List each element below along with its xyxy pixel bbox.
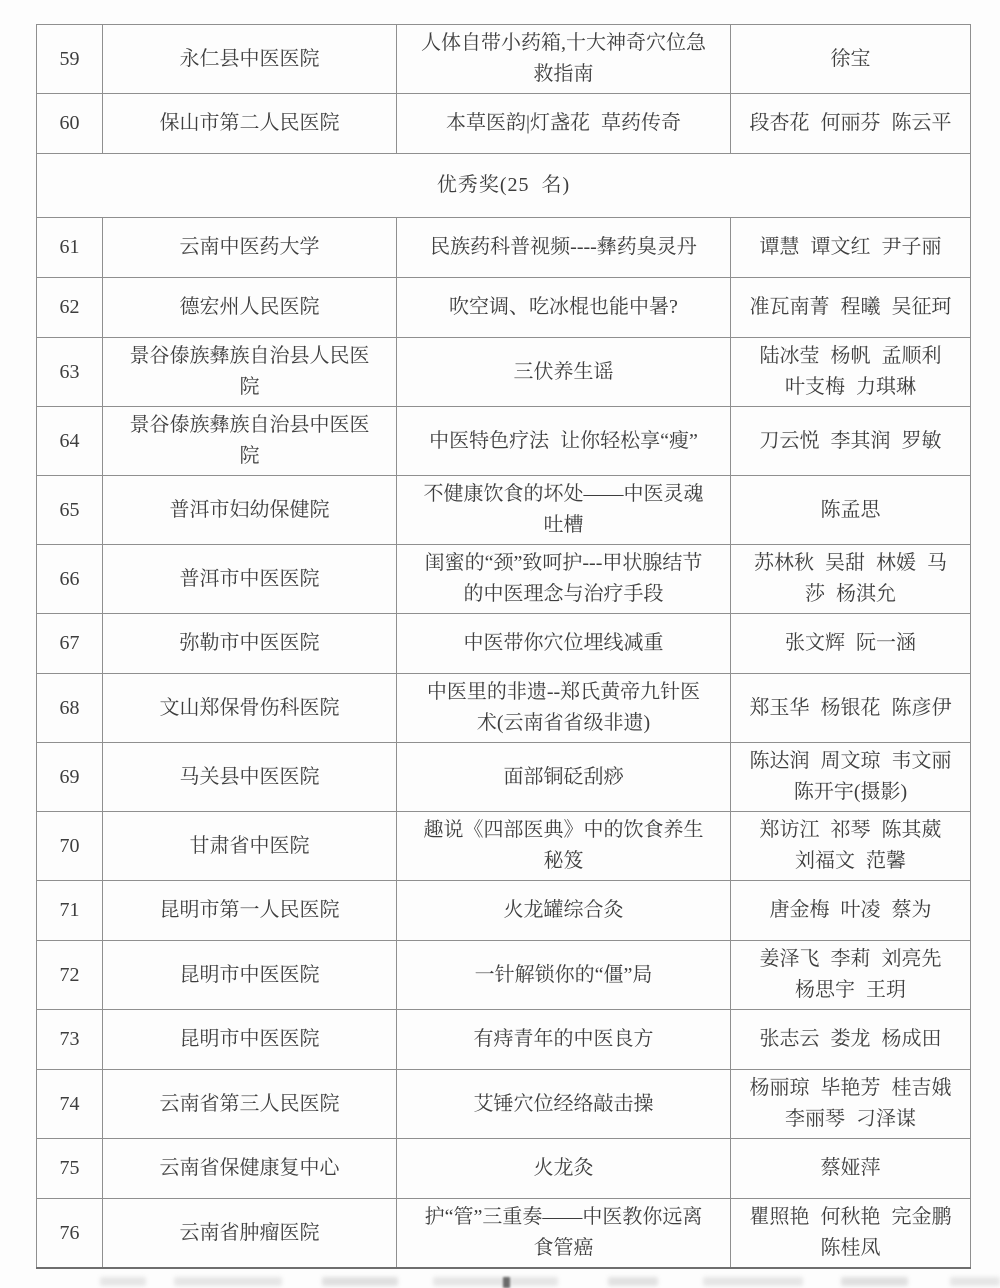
cell-organization: 保山市第二人民医院 (103, 94, 397, 154)
table-row: 70 甘肃省中医院 趣说《四部医典》中的饮食养生秘笈 郑访江 祁琴 陈其葳 刘福… (37, 812, 971, 881)
cell-organization: 云南省保健康复中心 (103, 1139, 397, 1199)
award-list-page: 59 永仁县中医医院 人体自带小药箱,十大神奇穴位急救指南 徐宝 60 保山市第… (0, 0, 1000, 1288)
cell-work-title: 吹空调、吃冰棍也能中暑? (397, 278, 731, 338)
cell-organization: 云南省肿瘤医院 (103, 1199, 397, 1269)
table-row: 63 景谷傣族彝族自治县人民医院 三伏养生谣 陆冰莹 杨帆 孟顺利 叶支梅 力琪… (37, 338, 971, 407)
table-row: 60 保山市第二人民医院 本草医韵|灯盏花 草药传奇 段杏花 何丽芬 陈云平 (37, 94, 971, 154)
cell-work-title: 民族药科普视频----彝药臭灵丹 (397, 218, 731, 278)
cell-serial-number: 72 (37, 941, 103, 1010)
cell-organization: 景谷傣族彝族自治县人民医院 (103, 338, 397, 407)
cell-authors: 谭慧 谭文红 尹子丽 (731, 218, 971, 278)
cell-serial-number: 69 (37, 743, 103, 812)
cell-serial-number: 59 (37, 25, 103, 94)
cell-serial-number: 62 (37, 278, 103, 338)
ghost-text-artifact (0, 1274, 1000, 1288)
cell-work-title: 本草医韵|灯盏花 草药传奇 (397, 94, 731, 154)
cell-authors: 陈达润 周文琼 韦文丽 陈开宇(摄影) (731, 743, 971, 812)
cell-organization: 昆明市中医医院 (103, 941, 397, 1010)
cell-work-title: 趣说《四部医典》中的饮食养生秘笈 (397, 812, 731, 881)
cell-work-title: 中医带你穴位埋线减重 (397, 614, 731, 674)
cell-work-title: 闺蜜的“颈”致呵护---甲状腺结节的中医理念与治疗手段 (397, 545, 731, 614)
cell-organization: 文山郑保骨伤科医院 (103, 674, 397, 743)
cell-work-title: 中医特色疗法 让你轻松享“瘦” (397, 407, 731, 476)
cell-serial-number: 71 (37, 881, 103, 941)
cell-authors: 唐金梅 叶凌 蔡为 (731, 881, 971, 941)
section-header-row: 优秀奖(25 名) (37, 154, 971, 218)
cell-serial-number: 74 (37, 1070, 103, 1139)
section-title: 优秀奖(25 名) (37, 154, 971, 218)
table-row: 67 弥勒市中医医院 中医带你穴位埋线减重 张文辉 阮一涵 (37, 614, 971, 674)
table-row: 66 普洱市中医医院 闺蜜的“颈”致呵护---甲状腺结节的中医理念与治疗手段 苏… (37, 545, 971, 614)
cell-work-title: 火龙灸 (397, 1139, 731, 1199)
cell-authors: 段杏花 何丽芬 陈云平 (731, 94, 971, 154)
cell-authors: 准瓦南菁 程曦 吴征珂 (731, 278, 971, 338)
cell-organization: 普洱市中医医院 (103, 545, 397, 614)
cell-authors: 陆冰莹 杨帆 孟顺利 叶支梅 力琪琳 (731, 338, 971, 407)
table-row: 64 景谷傣族彝族自治县中医医院 中医特色疗法 让你轻松享“瘦” 刀云悦 李其润… (37, 407, 971, 476)
cell-work-title: 艾锤穴位经络敲击操 (397, 1070, 731, 1139)
awards-table: 59 永仁县中医医院 人体自带小药箱,十大神奇穴位急救指南 徐宝 60 保山市第… (36, 24, 971, 1269)
cell-work-title: 三伏养生谣 (397, 338, 731, 407)
cell-organization: 德宏州人民医院 (103, 278, 397, 338)
cell-serial-number: 68 (37, 674, 103, 743)
cell-organization: 昆明市第一人民医院 (103, 881, 397, 941)
cell-work-title: 护“管”三重奏——中医教你远离食管癌 (397, 1199, 731, 1269)
table-row: 68 文山郑保骨伤科医院 中医里的非遗--郑氏黄帝九针医术(云南省省级非遗) 郑… (37, 674, 971, 743)
table-row: 65 普洱市妇幼保健院 不健康饮食的坏处——中医灵魂吐槽 陈孟思 (37, 476, 971, 545)
cell-work-title: 有痔青年的中医良方 (397, 1010, 731, 1070)
cell-organization: 昆明市中医医院 (103, 1010, 397, 1070)
cell-serial-number: 76 (37, 1199, 103, 1269)
cell-work-title: 人体自带小药箱,十大神奇穴位急救指南 (397, 25, 731, 94)
cell-authors: 郑玉华 杨银花 陈彦伊 (731, 674, 971, 743)
cell-serial-number: 75 (37, 1139, 103, 1199)
cell-organization: 永仁县中医医院 (103, 25, 397, 94)
cell-serial-number: 65 (37, 476, 103, 545)
cell-authors: 陈孟思 (731, 476, 971, 545)
table-row: 59 永仁县中医医院 人体自带小药箱,十大神奇穴位急救指南 徐宝 (37, 25, 971, 94)
cell-serial-number: 73 (37, 1010, 103, 1070)
cell-serial-number: 60 (37, 94, 103, 154)
table-row: 72 昆明市中医医院 一针解锁你的“僵”局 姜泽飞 李莉 刘亮先 杨思宇 王玥 (37, 941, 971, 1010)
cell-serial-number: 67 (37, 614, 103, 674)
table-row: 75 云南省保健康复中心 火龙灸 蔡娅萍 (37, 1139, 971, 1199)
cell-work-title: 面部铜砭刮痧 (397, 743, 731, 812)
cell-work-title: 火龙罐综合灸 (397, 881, 731, 941)
cell-work-title: 一针解锁你的“僵”局 (397, 941, 731, 1010)
cell-authors: 张志云 娄龙 杨成田 (731, 1010, 971, 1070)
cell-authors: 张文辉 阮一涵 (731, 614, 971, 674)
table-row: 74 云南省第三人民医院 艾锤穴位经络敲击操 杨丽琼 毕艳芳 桂吉娥 李丽琴 刁… (37, 1070, 971, 1139)
table-row: 76 云南省肿瘤医院 护“管”三重奏——中医教你远离食管癌 瞿照艳 何秋艳 完金… (37, 1199, 971, 1269)
table-row: 71 昆明市第一人民医院 火龙罐综合灸 唐金梅 叶凌 蔡为 (37, 881, 971, 941)
cell-authors: 蔡娅萍 (731, 1139, 971, 1199)
cell-authors: 苏林秋 吴甜 林媛 马莎 杨淇允 (731, 545, 971, 614)
cell-serial-number: 70 (37, 812, 103, 881)
cell-authors: 徐宝 (731, 25, 971, 94)
cell-organization: 甘肃省中医院 (103, 812, 397, 881)
table-row: 61 云南中医药大学 民族药科普视频----彝药臭灵丹 谭慧 谭文红 尹子丽 (37, 218, 971, 278)
cell-authors: 刀云悦 李其润 罗敏 (731, 407, 971, 476)
cell-organization: 景谷傣族彝族自治县中医医院 (103, 407, 397, 476)
cell-organization: 普洱市妇幼保健院 (103, 476, 397, 545)
table-row: 73 昆明市中医医院 有痔青年的中医良方 张志云 娄龙 杨成田 (37, 1010, 971, 1070)
cell-work-title: 不健康饮食的坏处——中医灵魂吐槽 (397, 476, 731, 545)
cell-organization: 云南省第三人民医院 (103, 1070, 397, 1139)
cell-serial-number: 61 (37, 218, 103, 278)
cell-serial-number: 63 (37, 338, 103, 407)
cell-work-title: 中医里的非遗--郑氏黄帝九针医术(云南省省级非遗) (397, 674, 731, 743)
cell-serial-number: 64 (37, 407, 103, 476)
cell-organization: 马关县中医医院 (103, 743, 397, 812)
cell-authors: 瞿照艳 何秋艳 完金鹏 陈桂凤 (731, 1199, 971, 1269)
cell-authors: 郑访江 祁琴 陈其葳 刘福文 范馨 (731, 812, 971, 881)
cell-authors: 杨丽琼 毕艳芳 桂吉娥 李丽琴 刁泽谋 (731, 1070, 971, 1139)
cell-organization: 弥勒市中医医院 (103, 614, 397, 674)
cell-authors: 姜泽飞 李莉 刘亮先 杨思宇 王玥 (731, 941, 971, 1010)
table-row: 62 德宏州人民医院 吹空调、吃冰棍也能中暑? 准瓦南菁 程曦 吴征珂 (37, 278, 971, 338)
cell-organization: 云南中医药大学 (103, 218, 397, 278)
table-row: 69 马关县中医医院 面部铜砭刮痧 陈达润 周文琼 韦文丽 陈开宇(摄影) (37, 743, 971, 812)
ghost-mark-artifact (503, 1277, 510, 1288)
cell-serial-number: 66 (37, 545, 103, 614)
